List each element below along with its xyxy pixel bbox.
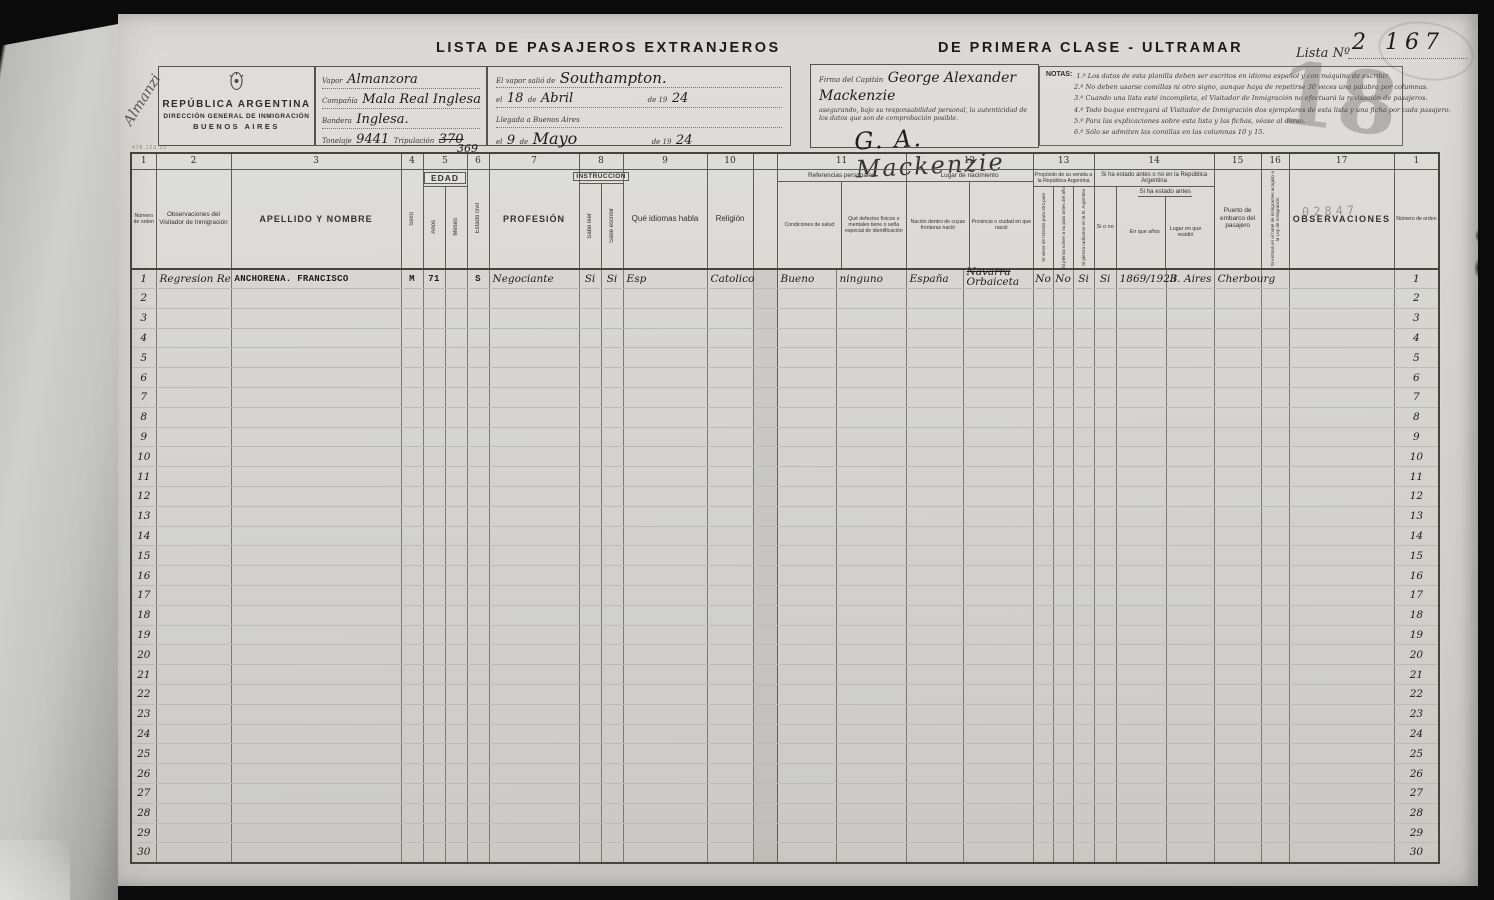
cell-fold xyxy=(753,684,777,704)
col-num: 8 xyxy=(579,153,623,169)
cell-puerto xyxy=(1214,585,1261,605)
cell-estado xyxy=(467,645,489,665)
cell-name xyxy=(231,605,401,625)
cell-p3 xyxy=(1073,546,1094,566)
cell-defectos xyxy=(836,566,906,586)
cell-sino xyxy=(1094,368,1116,388)
cell-sexo xyxy=(401,506,423,526)
cell-meses xyxy=(445,823,467,843)
cell-en_anos xyxy=(1116,783,1166,803)
col-header-sabe-escribir: Sabe escribir xyxy=(609,208,616,243)
cell-sexo xyxy=(401,407,423,427)
cell-leer xyxy=(579,605,601,625)
cell-meses xyxy=(445,407,467,427)
cell-p1: No xyxy=(1033,269,1053,289)
cell-p3 xyxy=(1073,843,1094,863)
col-num: 14 xyxy=(1094,153,1214,169)
cell-observ xyxy=(1289,407,1394,427)
cell-obs xyxy=(156,744,231,764)
table-row: 1616 xyxy=(131,566,1439,586)
col-header-proposito-2: Si piensa volver a su país antes del año xyxy=(1061,187,1066,268)
cell-puerto xyxy=(1214,724,1261,744)
departure-port-line: El vapor salió de Southampton. xyxy=(496,69,782,88)
cell-nacion xyxy=(906,625,963,645)
cell-lugar xyxy=(1166,843,1214,863)
cell-religion xyxy=(707,566,753,586)
cell-puerto xyxy=(1214,783,1261,803)
cell-sexo xyxy=(401,823,423,843)
cell-sino xyxy=(1094,704,1116,724)
cell-p1 xyxy=(1033,724,1053,744)
col-header-si-o-no: Si o no xyxy=(1097,224,1114,231)
cell-leer xyxy=(579,724,601,744)
cell-provincia xyxy=(963,605,1033,625)
cell-leer: Si xyxy=(579,269,601,289)
agency-dept: DIRECCIÓN GENERAL DE INMIGRACIÓN xyxy=(159,113,314,120)
cell-fold xyxy=(753,585,777,605)
cell-fold xyxy=(753,744,777,764)
cell-num_r: 27 xyxy=(1394,783,1439,803)
cell-lugar xyxy=(1166,486,1214,506)
cell-p3 xyxy=(1073,684,1094,704)
proposito-group: Propósito de su venida a la República Ar… xyxy=(1034,170,1094,268)
cell-hotel xyxy=(1261,764,1289,784)
cell-puerto xyxy=(1214,289,1261,309)
col-num: 2 xyxy=(156,153,231,169)
cell-obs: Regresion Re xyxy=(156,269,231,289)
col-num: 9 xyxy=(623,153,707,169)
cell-p1 xyxy=(1033,566,1053,586)
cell-idiomas xyxy=(623,328,707,348)
cell-p3 xyxy=(1073,823,1094,843)
cell-num_r: 7 xyxy=(1394,388,1439,408)
cell-anos xyxy=(423,467,445,487)
cell-hotel xyxy=(1261,566,1289,586)
cell-name xyxy=(231,407,401,427)
cell-nacion xyxy=(906,684,963,704)
cell-en_anos xyxy=(1116,744,1166,764)
cell-p1 xyxy=(1033,486,1053,506)
cell-salud xyxy=(777,526,836,546)
book-left-page-edge xyxy=(0,24,118,900)
col-num: 1 xyxy=(131,153,156,169)
form-page: Almanzi 478.123.25 LISTA DE PASAJEROS EX… xyxy=(118,14,1478,886)
cell-leer xyxy=(579,447,601,467)
cell-idiomas xyxy=(623,388,707,408)
cell-num: 17 xyxy=(131,585,156,605)
cell-puerto xyxy=(1214,625,1261,645)
cell-provincia xyxy=(963,645,1033,665)
cell-p1 xyxy=(1033,803,1053,823)
cell-num_r: 16 xyxy=(1394,566,1439,586)
departure-label: El vapor salió de xyxy=(496,77,555,85)
cell-num: 4 xyxy=(131,328,156,348)
cell-salud xyxy=(777,724,836,744)
cell-observ xyxy=(1289,566,1394,586)
cell-lugar xyxy=(1166,467,1214,487)
cell-anos xyxy=(423,704,445,724)
cell-sino xyxy=(1094,348,1116,368)
cell-salud xyxy=(777,289,836,309)
cell-provincia xyxy=(963,585,1033,605)
cell-p3 xyxy=(1073,388,1094,408)
col-header-nacion: Nación dentro de cuyas fronteras nació xyxy=(907,182,970,268)
cell-p3 xyxy=(1073,328,1094,348)
cell-hotel xyxy=(1261,704,1289,724)
cell-obs xyxy=(156,684,231,704)
cell-idiomas xyxy=(623,308,707,328)
cell-profesion xyxy=(489,823,579,843)
table-row: 1818 xyxy=(131,605,1439,625)
cell-hotel xyxy=(1261,684,1289,704)
table-row: 3030 xyxy=(131,843,1439,863)
cell-p1 xyxy=(1033,308,1053,328)
cell-num: 6 xyxy=(131,368,156,388)
cell-puerto xyxy=(1214,427,1261,447)
cell-sino xyxy=(1094,764,1116,784)
cell-num: 7 xyxy=(131,388,156,408)
cell-anos xyxy=(423,843,445,863)
cell-salud xyxy=(777,546,836,566)
cell-p3 xyxy=(1073,605,1094,625)
cell-sino xyxy=(1094,328,1116,348)
cell-anos xyxy=(423,289,445,309)
cell-lugar xyxy=(1166,625,1214,645)
cell-estado xyxy=(467,803,489,823)
cell-num: 15 xyxy=(131,546,156,566)
cell-sexo xyxy=(401,348,423,368)
cell-obs xyxy=(156,665,231,685)
cell-fold xyxy=(753,566,777,586)
col-header-defectos: Qué defectos físicos o mentales tiene o … xyxy=(841,182,906,268)
cell-leer xyxy=(579,467,601,487)
cell-obs xyxy=(156,486,231,506)
cell-leer xyxy=(579,368,601,388)
cell-religion: Catolico xyxy=(707,269,753,289)
cell-observ xyxy=(1289,289,1394,309)
cell-fold xyxy=(753,348,777,368)
cell-puerto: Cherbourg xyxy=(1214,269,1261,289)
cell-salud xyxy=(777,803,836,823)
cell-lugar xyxy=(1166,348,1214,368)
cell-salud xyxy=(777,348,836,368)
cell-anos xyxy=(423,388,445,408)
cell-fold xyxy=(753,704,777,724)
cell-hotel xyxy=(1261,783,1289,803)
cell-leer xyxy=(579,803,601,823)
cell-name xyxy=(231,506,401,526)
cell-sino xyxy=(1094,388,1116,408)
col-header-proposito: Propósito de su venida a la República Ar… xyxy=(1034,170,1094,187)
el-label-2: el xyxy=(496,138,502,146)
cell-estado xyxy=(467,625,489,645)
table-row: 1212 xyxy=(131,486,1439,506)
bandera-value: Inglesa. xyxy=(356,112,408,127)
cell-p2: No xyxy=(1053,269,1073,289)
cell-provincia xyxy=(963,526,1033,546)
tonelaje-line: Tonelaje 9441 Tripulación 370 369 xyxy=(322,130,480,148)
cell-sexo xyxy=(401,704,423,724)
cell-lugar xyxy=(1166,506,1214,526)
cell-p1 xyxy=(1033,665,1053,685)
col-num: 7 xyxy=(489,153,579,169)
cell-num_r: 3 xyxy=(1394,308,1439,328)
cell-en_anos xyxy=(1116,506,1166,526)
cell-estado xyxy=(467,843,489,863)
table-row: 2424 xyxy=(131,724,1439,744)
cell-name xyxy=(231,427,401,447)
cell-leer xyxy=(579,348,601,368)
cell-anos xyxy=(423,803,445,823)
cell-num: 12 xyxy=(131,486,156,506)
cell-nacion xyxy=(906,506,963,526)
cell-puerto xyxy=(1214,368,1261,388)
table-row: 66 xyxy=(131,368,1439,388)
cell-name xyxy=(231,546,401,566)
cell-obs xyxy=(156,348,231,368)
cell-fold xyxy=(753,823,777,843)
cell-lugar xyxy=(1166,684,1214,704)
cell-defectos xyxy=(836,407,906,427)
cell-fold xyxy=(753,546,777,566)
cell-sexo xyxy=(401,645,423,665)
cell-meses xyxy=(445,388,467,408)
cell-num_r: 22 xyxy=(1394,684,1439,704)
cell-sexo xyxy=(401,665,423,685)
cell-en_anos xyxy=(1116,328,1166,348)
cell-observ xyxy=(1289,764,1394,784)
cell-sexo: M xyxy=(401,269,423,289)
cell-sino xyxy=(1094,665,1116,685)
cell-salud xyxy=(777,625,836,645)
cell-p3 xyxy=(1073,645,1094,665)
cell-sexo xyxy=(401,447,423,467)
cell-fold xyxy=(753,427,777,447)
cell-lugar xyxy=(1166,585,1214,605)
cell-p1 xyxy=(1033,625,1053,645)
cell-p1 xyxy=(1033,407,1053,427)
cell-en_anos xyxy=(1116,823,1166,843)
cell-escribir xyxy=(601,368,623,388)
cell-num_r: 25 xyxy=(1394,744,1439,764)
cell-profesion xyxy=(489,467,579,487)
cell-idiomas xyxy=(623,486,707,506)
cell-religion xyxy=(707,823,753,843)
cell-profesion xyxy=(489,289,579,309)
cell-fold xyxy=(753,447,777,467)
cell-escribir xyxy=(601,744,623,764)
cell-religion xyxy=(707,605,753,625)
cell-nacion xyxy=(906,704,963,724)
referencias-group: Referencias personales Condiciones de sa… xyxy=(778,170,906,268)
cell-hotel xyxy=(1261,348,1289,368)
cell-sino xyxy=(1094,684,1116,704)
cell-num_r: 21 xyxy=(1394,665,1439,685)
bandera-line: Bandera Inglesa. xyxy=(322,110,480,129)
agency-box: REPÚBLICA ARGENTINA DIRECCIÓN GENERAL DE… xyxy=(158,66,315,146)
compania-label: Compañía xyxy=(322,97,358,105)
cell-profesion xyxy=(489,427,579,447)
cell-num: 20 xyxy=(131,645,156,665)
cell-p2 xyxy=(1053,289,1073,309)
cell-p3 xyxy=(1073,783,1094,803)
cell-name xyxy=(231,625,401,645)
cell-escribir xyxy=(601,526,623,546)
cell-num_r: 8 xyxy=(1394,407,1439,427)
cell-sino: Si xyxy=(1094,269,1116,289)
cell-lugar xyxy=(1166,447,1214,467)
cell-puerto xyxy=(1214,506,1261,526)
col-num: 4 xyxy=(401,153,423,169)
cell-profesion xyxy=(489,308,579,328)
cell-salud xyxy=(777,605,836,625)
cell-escribir xyxy=(601,328,623,348)
cell-fold xyxy=(753,308,777,328)
cell-lugar: B. Aires xyxy=(1166,269,1214,289)
cell-leer xyxy=(579,486,601,506)
cell-defectos xyxy=(836,665,906,685)
cell-p2 xyxy=(1053,645,1073,665)
cell-escribir xyxy=(601,486,623,506)
cell-num: 22 xyxy=(131,684,156,704)
cell-en_anos xyxy=(1116,803,1166,823)
cell-hotel xyxy=(1261,368,1289,388)
cell-p3 xyxy=(1073,407,1094,427)
cell-leer xyxy=(579,764,601,784)
vapor-value: Almanzora xyxy=(347,72,418,87)
cell-puerto xyxy=(1214,407,1261,427)
cell-salud xyxy=(777,566,836,586)
cell-en_anos xyxy=(1116,625,1166,645)
cell-religion xyxy=(707,843,753,863)
cell-num_r: 10 xyxy=(1394,447,1439,467)
captain-name-1: George Alexander xyxy=(888,70,1016,86)
table-row: 1Regresion ReANCHORENA. FRANCISCOM71SNeg… xyxy=(131,269,1439,289)
cell-observ xyxy=(1289,783,1394,803)
cell-sino xyxy=(1094,486,1116,506)
cell-num_r: 14 xyxy=(1394,526,1439,546)
cell-anos xyxy=(423,764,445,784)
cell-lugar xyxy=(1166,328,1214,348)
cell-idiomas xyxy=(623,348,707,368)
coat-of-arms-icon xyxy=(229,71,244,91)
cell-nacion xyxy=(906,605,963,625)
table-row: 2626 xyxy=(131,764,1439,784)
cell-p3 xyxy=(1073,724,1094,744)
ship-details-box: Vapor Almanzora Compañía Mala Real Ingle… xyxy=(315,66,487,146)
cell-p2 xyxy=(1053,803,1073,823)
cell-name xyxy=(231,467,401,487)
cell-p3 xyxy=(1073,803,1094,823)
cell-observ xyxy=(1289,328,1394,348)
cell-num_r: 5 xyxy=(1394,348,1439,368)
cell-fold xyxy=(753,783,777,803)
cell-salud xyxy=(777,764,836,784)
cell-sino xyxy=(1094,407,1116,427)
cell-profesion xyxy=(489,724,579,744)
cell-name xyxy=(231,665,401,685)
de-label-2: de xyxy=(520,138,529,146)
cell-p3 xyxy=(1073,566,1094,586)
cell-defectos xyxy=(836,585,906,605)
compania-value: Mala Real Inglesa xyxy=(362,92,481,107)
cell-nacion xyxy=(906,407,963,427)
cell-puerto xyxy=(1214,546,1261,566)
cell-observ xyxy=(1289,724,1394,744)
cell-meses xyxy=(445,289,467,309)
cell-idiomas xyxy=(623,744,707,764)
cell-estado xyxy=(467,308,489,328)
cell-estado xyxy=(467,486,489,506)
cell-p2 xyxy=(1053,566,1073,586)
captain-name-2: Mackenzie xyxy=(819,88,895,104)
cell-obs xyxy=(156,328,231,348)
cell-p1 xyxy=(1033,328,1053,348)
cell-observ xyxy=(1289,684,1394,704)
cell-leer xyxy=(579,783,601,803)
cell-profesion xyxy=(489,348,579,368)
cell-sino xyxy=(1094,744,1116,764)
cell-escribir xyxy=(601,506,623,526)
cell-num: 13 xyxy=(131,506,156,526)
col-num: 17 xyxy=(1289,153,1394,169)
cell-lugar xyxy=(1166,783,1214,803)
cell-p3 xyxy=(1073,308,1094,328)
cell-sexo xyxy=(401,843,423,863)
cell-en_anos xyxy=(1116,724,1166,744)
cell-anos xyxy=(423,348,445,368)
cell-leer xyxy=(579,843,601,863)
departure-port: Southampton. xyxy=(560,69,667,87)
cell-profesion xyxy=(489,566,579,586)
cell-defectos xyxy=(836,506,906,526)
cell-meses xyxy=(445,605,467,625)
cell-p2 xyxy=(1053,605,1073,625)
cell-anos xyxy=(423,605,445,625)
cell-num_r: 2 xyxy=(1394,289,1439,309)
cell-num: 21 xyxy=(131,665,156,685)
departure-year: 24 xyxy=(672,91,689,106)
cell-sexo xyxy=(401,684,423,704)
cell-lugar xyxy=(1166,388,1214,408)
cell-nacion xyxy=(906,764,963,784)
cell-name: ANCHORENA. FRANCISCO xyxy=(231,269,401,289)
cell-sino xyxy=(1094,605,1116,625)
cell-leer xyxy=(579,388,601,408)
cell-salud xyxy=(777,744,836,764)
cell-hotel xyxy=(1261,427,1289,447)
cell-sexo xyxy=(401,427,423,447)
col-num: 5 xyxy=(423,153,467,169)
cell-salud: Bueno xyxy=(777,269,836,289)
cell-fold xyxy=(753,289,777,309)
cell-defectos xyxy=(836,388,906,408)
col-header-lugar-residio: Lugar en que residió xyxy=(1165,197,1206,268)
cell-anos xyxy=(423,625,445,645)
cell-observ xyxy=(1289,388,1394,408)
cell-nacion xyxy=(906,328,963,348)
cell-religion xyxy=(707,308,753,328)
cell-escribir xyxy=(601,447,623,467)
cell-p3 xyxy=(1073,467,1094,487)
el-label: el xyxy=(496,96,502,104)
cell-name xyxy=(231,724,401,744)
cell-religion xyxy=(707,526,753,546)
cell-p2 xyxy=(1053,388,1073,408)
cell-name xyxy=(231,388,401,408)
cell-num: 28 xyxy=(131,803,156,823)
cell-p2 xyxy=(1053,744,1073,764)
